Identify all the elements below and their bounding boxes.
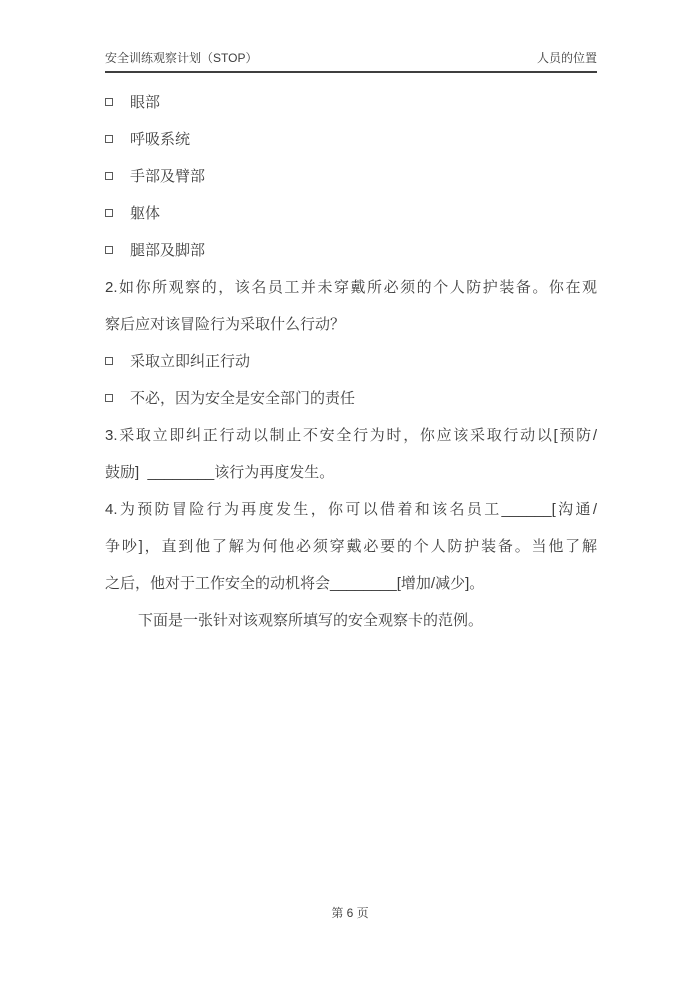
document-page: 安全训练观察计划（STOP） 人员的位置 眼部 呼吸系统 手部及臂部 躯体 腿部… xyxy=(0,0,700,990)
checkbox-icon xyxy=(105,246,113,254)
checklist-item-eyes: 眼部 xyxy=(105,84,597,121)
checklist-item-label: 眼部 xyxy=(130,84,160,121)
question4-line-2: 争吵]，直到他了解为何他必须穿戴必要的个人防护装备。当他了解 xyxy=(105,528,597,565)
question4-line-1: 4.为预防冒险行为再度发生，你可以借着和该名员工______[沟通/ xyxy=(105,491,597,528)
checkbox-icon xyxy=(105,357,113,365)
question3-line-2: 鼓励] ________该行为再度发生。 xyxy=(105,454,597,491)
question4-line-3: 之后，他对于工作安全的动机将会________[增加/减少]。 xyxy=(105,565,597,602)
option-label: 不必，因为安全是安全部门的责任 xyxy=(130,380,355,417)
checklist-item-label: 躯体 xyxy=(130,195,160,232)
question2-option-2: 不必，因为安全是安全部门的责任 xyxy=(105,380,597,417)
header-title-left: 安全训练观察计划（STOP） xyxy=(105,51,257,66)
document-body: 眼部 呼吸系统 手部及臂部 躯体 腿部及脚部 2.如你所观察的，该名员工并未穿戴… xyxy=(105,84,597,639)
checklist-item-label: 呼吸系统 xyxy=(130,121,190,158)
checklist-item-legs-feet: 腿部及脚部 xyxy=(105,232,597,269)
checkbox-icon xyxy=(105,172,113,180)
checklist-item-label: 手部及臂部 xyxy=(130,158,205,195)
question2-option-1: 采取立即纠正行动 xyxy=(105,343,597,380)
checklist-item-respiratory: 呼吸系统 xyxy=(105,121,597,158)
page-footer: 第 6 页 xyxy=(0,903,700,923)
checklist-item-hands-arms: 手部及臂部 xyxy=(105,158,597,195)
closing-sentence: 下面是一张针对该观察所填写的安全观察卡的范例。 xyxy=(105,602,597,639)
checklist-item-label: 腿部及脚部 xyxy=(130,232,205,269)
checkbox-icon xyxy=(105,209,113,217)
question2-line-2: 察后应对该冒险行为采取什么行动？ xyxy=(105,306,597,343)
checkbox-icon xyxy=(105,394,113,402)
checkbox-icon xyxy=(105,135,113,143)
header-title-right: 人员的位置 xyxy=(537,51,597,66)
question2-line-1: 2.如你所观察的，该名员工并未穿戴所必须的个人防护装备。你在观 xyxy=(105,269,597,306)
question3-line-1: 3.采取立即纠正行动以制止不安全行为时，你应该采取行动以[预防/ xyxy=(105,417,597,454)
page-header: 安全训练观察计划（STOP） 人员的位置 xyxy=(105,51,597,73)
checklist-item-torso: 躯体 xyxy=(105,195,597,232)
option-label: 采取立即纠正行动 xyxy=(130,343,250,380)
checkbox-icon xyxy=(105,98,113,106)
page-number-label: 第 6 页 xyxy=(331,906,368,920)
